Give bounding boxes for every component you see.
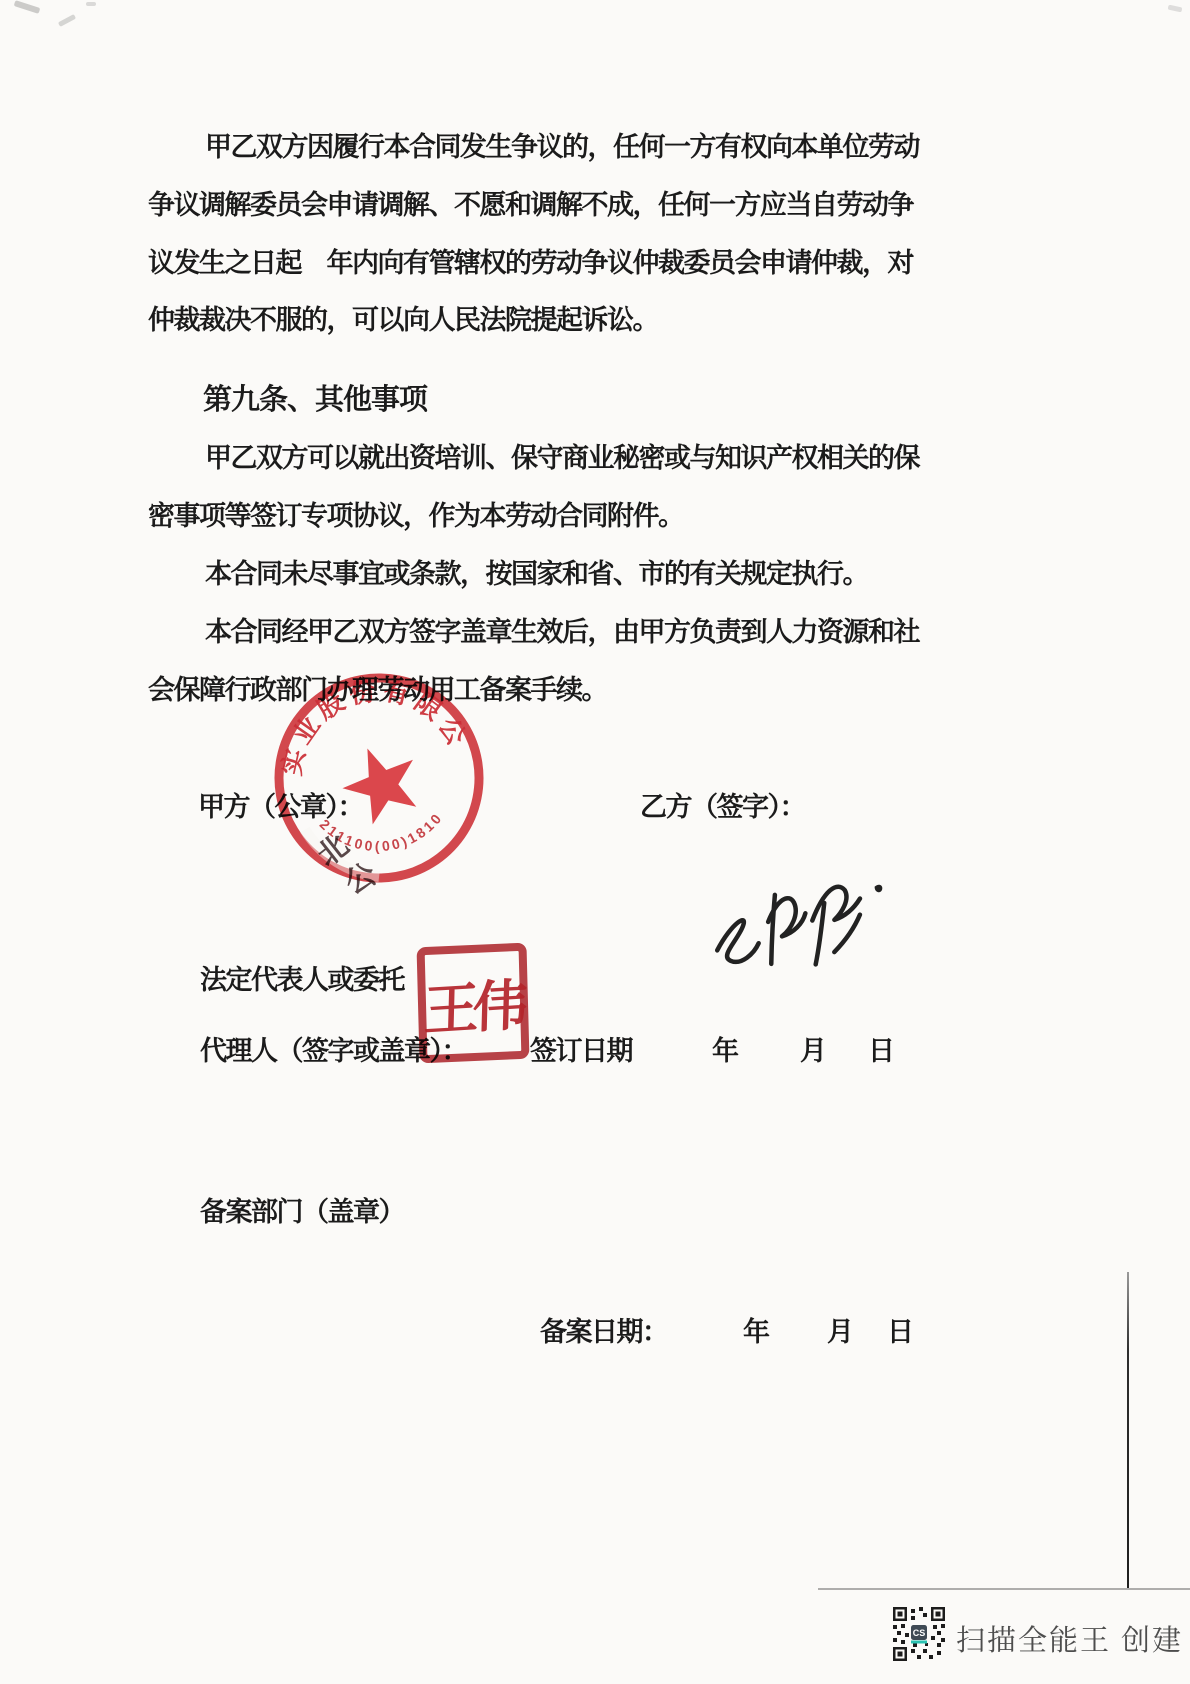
scan-vertical-line-artifact <box>1127 1272 1129 1588</box>
paragraph-confidentiality-line1: 甲乙双方可以就出资培训、保守商业秘密或与知识产权相关的保 <box>205 441 919 475</box>
sign-date-year: 年 <box>712 1034 738 1068</box>
scan-artifact <box>1168 5 1183 13</box>
sign-date-label: 签订日期 <box>530 1034 632 1068</box>
camscanner-logo-accent <box>911 1641 927 1644</box>
paragraph-dispute-line2: 争议调解委员会申请调解、不愿和调解不成，任何一方应当自劳动争 <box>148 188 913 222</box>
signature-dot <box>874 884 882 892</box>
scan-horizontal-line-artifact <box>818 1588 1190 1590</box>
paragraph-dispute-line1: 甲乙双方因履行本合同发生争议的，任何一方有权向本单位劳动 <box>205 130 919 164</box>
seal-star-icon <box>332 734 430 830</box>
filing-date-day: 日 <box>887 1315 913 1349</box>
filing-date-year: 年 <box>743 1315 769 1349</box>
camscanner-qr-icon: CS <box>893 1607 945 1661</box>
sign-date-day: 日 <box>868 1034 894 1068</box>
scan-artifact <box>14 0 41 14</box>
name-stamp-text: 王伟 <box>423 960 523 1045</box>
name-stamp: 王伟 <box>417 943 530 1064</box>
article-9-heading: 第九条、其他事项 <box>203 383 427 417</box>
paragraph-regulations: 本合同未尽事宜或条款，按国家和省、市的有关规定执行。 <box>205 557 868 591</box>
watermark-text: 扫描全能王 创建 <box>956 1618 1183 1659</box>
scan-artifact <box>58 14 76 27</box>
sign-date-month: 月 <box>800 1034 826 1068</box>
paragraph-dispute-line4: 仲裁裁决不服的，可以向人民法院提起诉讼。 <box>148 303 658 337</box>
company-seal: 实业股份有限公司 211100(00)1810 <box>249 648 508 907</box>
paragraph-dispute-line3: 议发生之日起 年内向有管辖权的劳动争议仲裁委员会申请仲裁，对 <box>148 246 913 280</box>
filing-date-label: 备案日期： <box>540 1315 668 1349</box>
handwritten-signature <box>686 849 915 1004</box>
legal-rep-line1: 法定代表人或委托 <box>200 963 404 997</box>
scan-artifact <box>86 2 96 6</box>
camscanner-logo-letters: CS <box>913 1628 926 1638</box>
seal-company-text: 实业股份有限公司 <box>249 648 476 789</box>
filing-dept-label: 备案部门（盖章） <box>200 1195 404 1229</box>
scanned-contract-page: 甲乙双方因履行本合同发生争议的，任何一方有权向本单位劳动 争议调解委员会申请调解… <box>0 0 1190 1684</box>
paragraph-filing-line1: 本合同经甲乙双方签字盖章生效后，由甲方负责到人力资源和社 <box>205 615 919 649</box>
filing-date-month: 月 <box>827 1315 853 1349</box>
party-b-label: 乙方（签字）： <box>640 790 805 824</box>
svg-text:实业股份有限公司: 实业股份有限公司 <box>249 648 476 789</box>
paragraph-confidentiality-line2: 密事项等签订专项协议，作为本劳动合同附件。 <box>148 499 684 533</box>
